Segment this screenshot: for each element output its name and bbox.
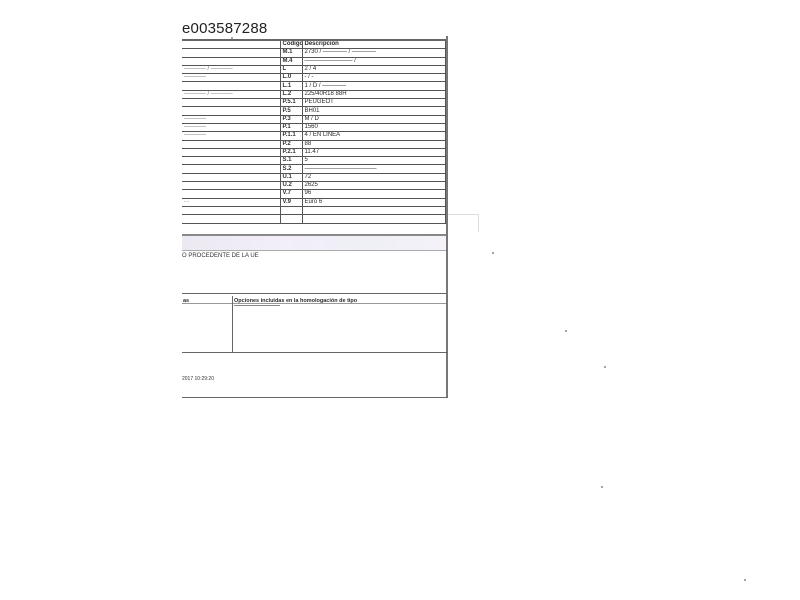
table-row: V.796 xyxy=(182,190,446,198)
table-row xyxy=(182,206,446,215)
scan-speck xyxy=(231,37,233,39)
row-code: U.1 xyxy=(280,173,302,181)
row-code: L.2 xyxy=(280,90,302,98)
row-code: V.7 xyxy=(280,190,302,198)
row-left-cell xyxy=(182,165,280,173)
row-left-cell xyxy=(182,49,280,57)
table-row: M.12730 / ———— / ———— xyxy=(182,49,446,57)
row-description: 2730 / ———— / ———— xyxy=(302,49,446,57)
options-title: Opciones incluidas en la homologación de… xyxy=(234,298,357,304)
row-description xyxy=(302,206,446,215)
row-description: 1 / D / ———— xyxy=(302,82,446,90)
table-row: U.172 xyxy=(182,173,446,181)
scan-speck xyxy=(604,366,606,368)
row-left-cell: ———— / ———— xyxy=(182,90,280,98)
options-left-cell xyxy=(182,296,233,352)
table-row: M.4———————— / xyxy=(182,57,446,65)
row-description: Euro 6 xyxy=(302,198,446,206)
row-description: ———————————— xyxy=(302,165,446,173)
row-code xyxy=(280,206,302,215)
technical-data-table: Código Descripción M.12730 / ———— / ————… xyxy=(182,39,446,224)
row-left-cell xyxy=(182,99,280,107)
table-row: ———— / ————L2 / 4 xyxy=(182,65,446,73)
row-code: P.5.1 xyxy=(280,99,302,107)
table-row: U.22625 xyxy=(182,182,446,190)
scan-speck xyxy=(744,579,746,581)
table-row: P.5.1PEUGEOT xyxy=(182,99,446,107)
header-description: Descripción xyxy=(302,40,446,49)
row-code: L.0 xyxy=(280,74,302,82)
row-left-cell xyxy=(182,107,280,115)
scan-artifact xyxy=(478,214,479,232)
row-description: 225/40R18 88H xyxy=(302,90,446,98)
table-row: ————P.11560 xyxy=(182,123,446,131)
row-code: V.9 xyxy=(280,198,302,206)
row-description: 4 / EN LINEA xyxy=(302,132,446,140)
row-description: 88 xyxy=(302,140,446,148)
row-description: - / - xyxy=(302,74,446,82)
origin-text: O PROCEDENTE DE LA UE xyxy=(182,253,259,259)
row-left-cell: - - xyxy=(182,198,280,206)
table-row: ———— / ————L.2225/40R18 88H xyxy=(182,90,446,98)
header-left xyxy=(182,40,280,49)
row-code: S.1 xyxy=(280,157,302,165)
row-left-cell: ———— xyxy=(182,123,280,131)
row-left-cell xyxy=(182,148,280,156)
row-code: L xyxy=(280,65,302,73)
row-left-cell: ———— / ———— xyxy=(182,65,280,73)
table-row xyxy=(182,215,446,224)
row-description: 72 xyxy=(302,173,446,181)
row-code: P.2.1 xyxy=(280,148,302,156)
timestamp: 2017 10:29:20 xyxy=(182,376,214,382)
scan-speck xyxy=(492,252,494,254)
scan-speck xyxy=(601,486,603,488)
row-code: P.1.1 xyxy=(280,132,302,140)
row-code: S.2 xyxy=(280,165,302,173)
row-left-cell xyxy=(182,190,280,198)
options-left-label: as xyxy=(183,298,189,304)
table-row: ————P.1.14 / EN LINEA xyxy=(182,132,446,140)
table-row: ————P.3M / D xyxy=(182,115,446,123)
row-description xyxy=(302,215,446,224)
row-description: 11.47 xyxy=(302,148,446,156)
table-row: L.11 / D / ———— xyxy=(182,82,446,90)
separator-band xyxy=(182,234,446,251)
row-description: BH01 xyxy=(302,107,446,115)
row-code: P.3 xyxy=(280,115,302,123)
row-left-cell: ———— xyxy=(182,74,280,82)
row-left-cell xyxy=(182,173,280,181)
row-left-cell xyxy=(182,182,280,190)
row-description: 1560 xyxy=(302,123,446,131)
row-code xyxy=(280,215,302,224)
row-code: P.2 xyxy=(280,140,302,148)
document-right-border xyxy=(446,36,448,398)
row-left-cell xyxy=(182,215,280,224)
scan-artifact xyxy=(448,214,478,215)
row-code: U.2 xyxy=(280,182,302,190)
row-code: P.1 xyxy=(280,123,302,131)
row-description: 5 xyxy=(302,157,446,165)
table-header-row: Código Descripción xyxy=(182,40,446,49)
row-description: M / D xyxy=(302,115,446,123)
row-description: ———————— / xyxy=(302,57,446,65)
row-left-cell: ———— xyxy=(182,115,280,123)
table-row: P.2.111.47 xyxy=(182,148,446,156)
table-row: S.2———————————— xyxy=(182,165,446,173)
divider xyxy=(182,397,448,398)
divider xyxy=(182,352,448,353)
row-description: 2625 xyxy=(302,182,446,190)
row-code: M.4 xyxy=(280,57,302,65)
table-row: S.15 xyxy=(182,157,446,165)
row-left-cell xyxy=(182,157,280,165)
divider xyxy=(182,293,446,294)
table-row: P.288 xyxy=(182,140,446,148)
row-left-cell xyxy=(182,57,280,65)
table-row: - -V.9Euro 6 xyxy=(182,198,446,206)
row-description: 96 xyxy=(302,190,446,198)
row-left-cell xyxy=(182,82,280,90)
table-row: P.5BH01 xyxy=(182,107,446,115)
row-left-cell: ———— xyxy=(182,132,280,140)
row-description: 2 / 4 xyxy=(302,65,446,73)
row-code: M.1 xyxy=(280,49,302,57)
row-code: P.5 xyxy=(280,107,302,115)
header-code: Código xyxy=(280,40,302,49)
options-value-line xyxy=(234,305,280,306)
row-left-cell xyxy=(182,206,280,215)
scan-speck xyxy=(565,330,567,332)
row-description: PEUGEOT xyxy=(302,99,446,107)
row-left-cell xyxy=(182,140,280,148)
row-code: L.1 xyxy=(280,82,302,90)
document-id: e003587288 xyxy=(182,20,267,37)
table-row: ————L.0- / - xyxy=(182,74,446,82)
